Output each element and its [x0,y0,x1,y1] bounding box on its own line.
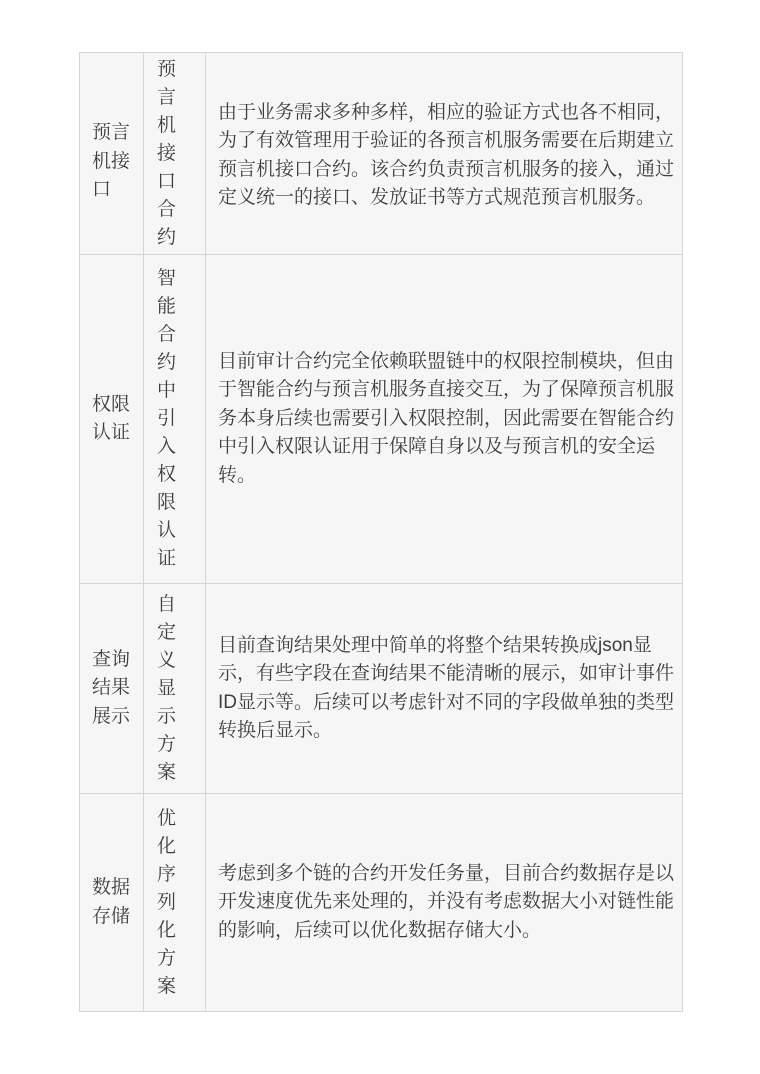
table-cell-description: 目前审计合约完全依赖联盟链中的权限控制模块，但由于智能合约与预言机服务直接交互，… [206,255,683,584]
table-cell-plan: 智能合约中引入权限认证 [144,255,206,584]
plan-label: 优化序列化方案 [157,805,177,1001]
table-row: 权限认证 智能合约中引入权限认证 目前审计合约完全依赖联盟链中的权限控制模块，但… [80,255,683,584]
plan-label: 智能合约中引入权限认证 [157,265,177,573]
table-cell-description: 目前查询结果处理中简单的将整个结果转换成json显示，有些字段在查询结果不能清晰… [206,584,683,794]
table-row: 预言机接口 预言机接口合约 由于业务需求多种多样，相应的验证方式也各不相同，为了… [80,53,683,255]
table-row: 数据存储 优化序列化方案 考虑到多个链的合约开发任务量，目前合约数据存是以开发速… [80,794,683,1012]
table-cell-plan: 优化序列化方案 [144,794,206,1012]
table-cell-plan: 预言机接口合约 [144,53,206,255]
table-cell-category: 预言机接口 [80,53,144,255]
table-cell-description: 由于业务需求多种多样，相应的验证方式也各不相同，为了有效管理用于验证的各预言机服… [206,53,683,255]
description-text: 考虑到多个链的合约开发任务量，目前合约数据存是以开发速度优先来处理的，并没有考虑… [218,863,674,941]
category-label: 预言机接口 [92,122,130,200]
category-label: 数据存储 [92,877,130,927]
table-cell-category: 查询结果展示 [80,584,144,794]
table-row: 查询结果展示 自定义显示方案 目前查询结果处理中简单的将整个结果转换成json显… [80,584,683,794]
plan-label: 自定义显示方案 [157,591,177,787]
plan-label: 预言机接口合约 [157,56,177,252]
feature-plan-table: 预言机接口 预言机接口合约 由于业务需求多种多样，相应的验证方式也各不相同，为了… [79,52,683,1012]
description-text: 目前审计合约完全依赖联盟链中的权限控制模块，但由于智能合约与预言机服务直接交互，… [218,351,674,486]
table-cell-description: 考虑到多个链的合约开发任务量，目前合约数据存是以开发速度优先来处理的，并没有考虑… [206,794,683,1012]
table-cell-plan: 自定义显示方案 [144,584,206,794]
table-cell-category: 权限认证 [80,255,144,584]
category-label: 查询结果展示 [92,649,130,727]
description-text: 由于业务需求多种多样，相应的验证方式也各不相同，为了有效管理用于验证的各预言机服… [218,102,674,209]
document-page: 预言机接口 预言机接口合约 由于业务需求多种多样，相应的验证方式也各不相同，为了… [0,0,760,1074]
description-text: 目前查询结果处理中简单的将整个结果转换成json显示，有些字段在查询结果不能清晰… [218,635,674,742]
table-cell-category: 数据存储 [80,794,144,1012]
category-label: 权限认证 [92,394,130,444]
